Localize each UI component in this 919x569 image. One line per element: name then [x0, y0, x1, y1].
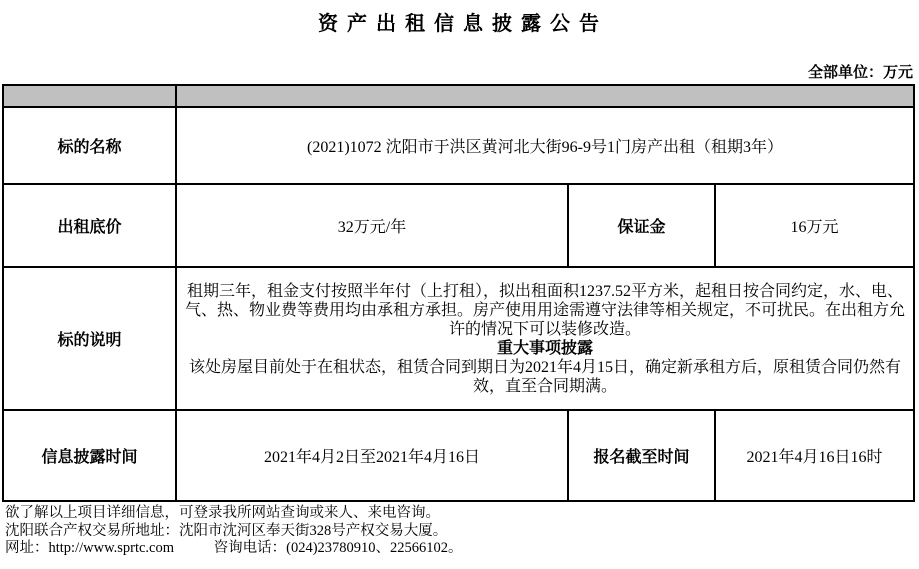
table-header-band-row [3, 85, 914, 107]
registration-deadline-label: 报名截至时间 [568, 410, 715, 501]
major-disclosure-text: 该处房屋目前处于在租状态，租赁合同到期日为2021年4月15日，确定新承租方后，… [181, 358, 909, 396]
base-price-label: 出租底价 [3, 184, 176, 267]
dates-row: 信息披露时间 2021年4月2日至2021年4月16日 报名截至时间 2021年… [3, 410, 914, 501]
footer-line-contact-info: 欲了解以上项目详细信息，可登录我所网站查询或来人、来电咨询。 [5, 505, 915, 523]
registration-deadline-value: 2021年4月16日16时 [715, 410, 914, 501]
description-paragraph: 租期三年，租金支付按照半年付（上打租），拟出租面积1237.52平方米，起租日按… [181, 282, 909, 339]
page-title: 资 产 出 租 信 息 披 露 公 告 [0, 7, 919, 36]
base-price-value: 32万元/年 [176, 184, 568, 267]
subject-name-label: 标的名称 [3, 107, 176, 184]
footer-line-address: 沈阳联合产权交易所地址：沈阳市沈河区奉天街328号产权交易大厦。 [5, 523, 915, 541]
price-deposit-row: 出租底价 32万元/年 保证金 16万元 [3, 184, 914, 267]
disclosure-table: 标的名称 (2021)1072 沈阳市于洪区黄河北大街96-9号1门房产出租（租… [2, 84, 915, 502]
deposit-label: 保证金 [568, 184, 715, 267]
unit-note: 全部单位：万元 [808, 61, 913, 82]
description-label: 标的说明 [3, 267, 176, 410]
subject-name-row: 标的名称 (2021)1072 沈阳市于洪区黄河北大街96-9号1门房产出租（租… [3, 107, 914, 184]
deposit-value: 16万元 [715, 184, 914, 267]
footer-notes: 欲了解以上项目详细信息，可登录我所网站查询或来人、来电咨询。 沈阳联合产权交易所… [5, 505, 915, 558]
disclosure-period-value: 2021年4月2日至2021年4月16日 [176, 410, 568, 501]
header-band-cell-right [176, 85, 914, 107]
major-disclosure-heading: 重大事项披露 [181, 339, 909, 358]
description-row: 标的说明 租期三年，租金支付按照半年付（上打租），拟出租面积1237.52平方米… [3, 267, 914, 410]
description-cell: 租期三年，租金支付按照半年付（上打租），拟出租面积1237.52平方米，起租日按… [176, 267, 914, 410]
footer-line-website-phone: 网址：http://www.sprtc.com 咨询电话：(024)237809… [5, 540, 915, 558]
footer-website: 网址：http://www.sprtc.com [5, 540, 174, 556]
header-band-cell-left [3, 85, 176, 107]
disclosure-period-label: 信息披露时间 [3, 410, 176, 501]
footer-phone: 咨询电话：(024)23780910、22566102。 [214, 540, 463, 556]
announcement-page: 资 产 出 租 信 息 披 露 公 告 全部单位：万元 标的名称 (2021)1… [0, 0, 919, 569]
subject-name-value: (2021)1072 沈阳市于洪区黄河北大街96-9号1门房产出租（租期3年） [176, 107, 914, 184]
